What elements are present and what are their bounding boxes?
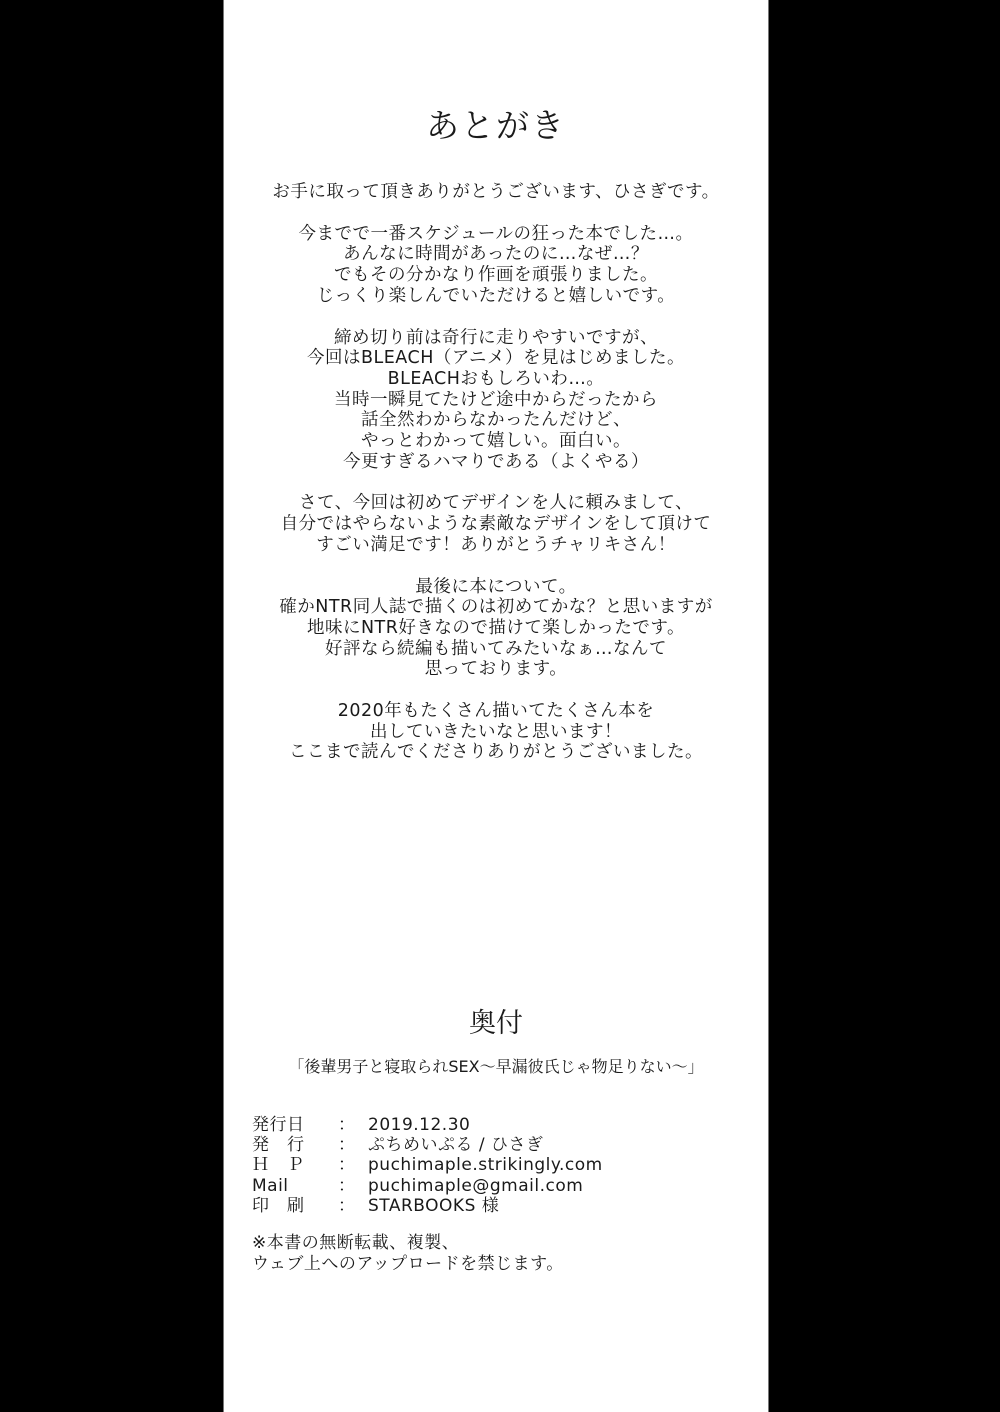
text-line: 確かNTR同人誌で描くのは初めてかな？と思いますが [224,597,768,618]
text-line: 自分ではやらないような素敵なデザインをして頂けて [224,514,768,535]
text-line: 2020年もたくさん描いてたくさん本を [224,701,768,722]
text-line: 最後に本について。 [224,577,768,598]
text-line: 話全然わからなかったんだけど、 [224,410,768,431]
info-label: Mail [252,1176,338,1196]
text-line: 今更すぎるハマりである（よくやる） [224,452,768,473]
info-label: 発 行 [252,1135,338,1155]
afterword-paragraph: 今までで一番スケジュールの狂った本でした…。 あんなに時間があったのに…なぜ…？… [224,224,768,307]
text-line: お手に取って頂きありがとうございます、ひさぎです。 [224,182,768,203]
text-line: 思っております。 [224,659,768,680]
book-title: 「後輩男子と寝取られSEX～早漏彼氏じゃ物足りない～」 [224,1056,768,1078]
info-colon: ： [338,1196,368,1216]
text-line: やっとわかって嬉しい。面白い。 [224,431,768,452]
text-line: でもその分かなり作画を頑張りました。 [224,265,768,286]
notice-line: ウェブ上へのアップロードを禁じます。 [252,1254,564,1275]
text-line: すごい満足です！ありがとうチャリキさん！ [224,535,768,556]
afterword-body: お手に取って頂きありがとうございます、ひさぎです。 今までで一番スケジュールの狂… [224,182,768,784]
afterword-paragraph: 締め切り前は奇行に走りやすいですが、 今回はBLEACH（アニメ）を見はじめまし… [224,328,768,473]
copyright-notice: ※本書の無断転載、複製、 ウェブ上へのアップロードを禁じます。 [252,1233,564,1274]
info-label: 印 刷 [252,1196,338,1216]
colophon-title: 奥付 [224,1006,768,1042]
info-row-date: 発行日 ： 2019.12.30 [252,1115,603,1135]
afterword-paragraph: お手に取って頂きありがとうございます、ひさぎです。 [224,182,768,203]
afterword-paragraph: 最後に本について。 確かNTR同人誌で描くのは初めてかな？と思いますが 地味にN… [224,577,768,681]
text-line: じっくり楽しんでいただけると嬉しいです。 [224,286,768,307]
text-line: ここまで読んでくださりありがとうございました。 [224,742,768,763]
info-value: STARBOOKS 様 [368,1196,499,1216]
info-value: ぷちめいぷる / ひさぎ [368,1135,544,1155]
text-line: BLEACHおもしろいわ…。 [224,369,768,390]
info-colon: ： [338,1115,368,1135]
info-colon: ： [338,1135,368,1155]
afterword-title: あとがき [224,104,768,148]
info-row-homepage: Ｈ Ｐ ： puchimaple.strikingly.com [252,1155,603,1175]
text-line: さて、今回は初めてデザインを人に頼みまして、 [224,493,768,514]
text-line: 当時一瞬見てたけど途中からだったから [224,390,768,411]
homepage-link[interactable]: puchimaple.strikingly.com [368,1155,603,1175]
notice-line: ※本書の無断転載、複製、 [252,1233,564,1254]
info-row-mail: Mail ： puchimaple@gmail.com [252,1176,603,1196]
text-line: 好評なら続編も描いてみたいなぁ…なんて [224,639,768,660]
text-line: 今回はBLEACH（アニメ）を見はじめました。 [224,348,768,369]
info-value: 2019.12.30 [368,1115,470,1135]
info-colon: ： [338,1176,368,1196]
info-colon: ： [338,1155,368,1175]
text-line: あんなに時間があったのに…なぜ…？ [224,244,768,265]
afterword-paragraph: 2020年もたくさん描いてたくさん本を 出していきたいなと思います！ ここまで読… [224,701,768,763]
text-line: 出していきたいなと思います！ [224,722,768,743]
info-label: Ｈ Ｐ [252,1155,338,1175]
info-label: 発行日 [252,1115,338,1135]
document-page: あとがき お手に取って頂きありがとうございます、ひさぎです。 今までで一番スケジ… [223,0,769,1412]
info-row-publisher: 発 行 ： ぷちめいぷる / ひさぎ [252,1135,603,1155]
info-row-printer: 印 刷 ： STARBOOKS 様 [252,1196,603,1216]
text-line: 締め切り前は奇行に走りやすいですが、 [224,328,768,349]
text-line: 今までで一番スケジュールの狂った本でした…。 [224,224,768,245]
email-link[interactable]: puchimaple@gmail.com [368,1176,583,1196]
afterword-paragraph: さて、今回は初めてデザインを人に頼みまして、 自分ではやらないような素敵なデザイ… [224,493,768,555]
publication-info: 発行日 ： 2019.12.30 発 行 ： ぷちめいぷる / ひさぎ Ｈ Ｐ … [252,1115,603,1216]
text-line: 地味にNTR好きなので描けて楽しかったです。 [224,618,768,639]
